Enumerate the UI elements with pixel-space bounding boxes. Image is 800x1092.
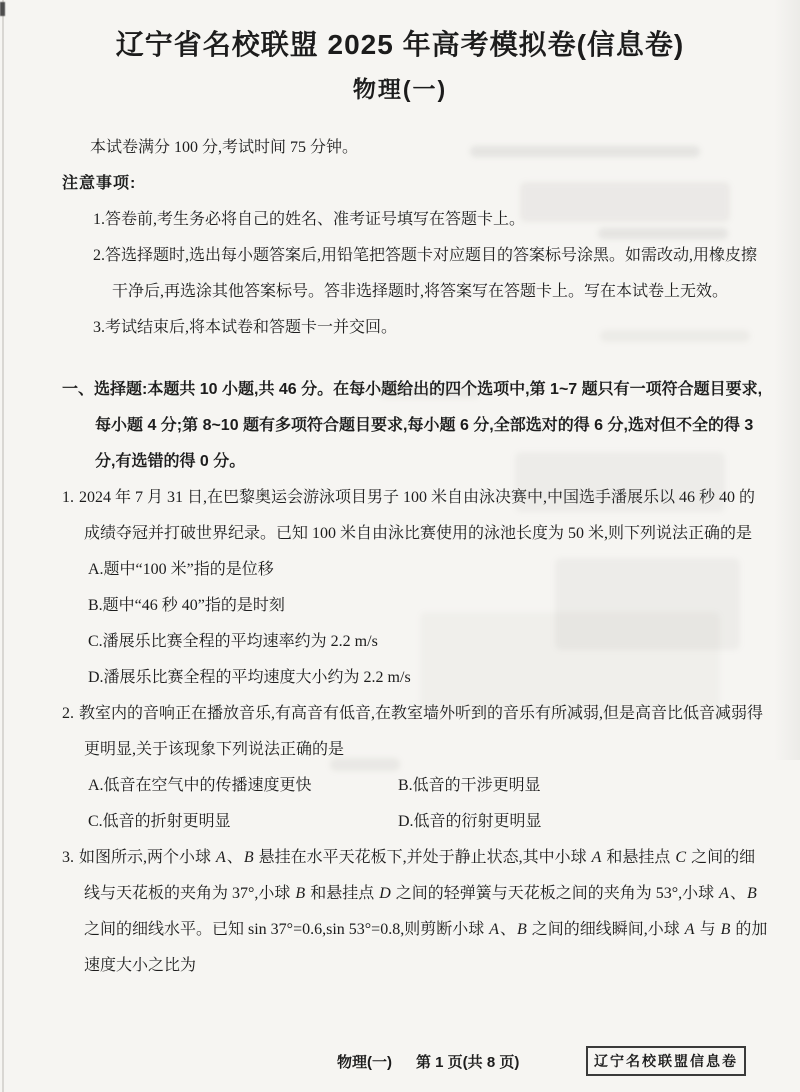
- notice-heading: 注意事项:: [0, 166, 800, 202]
- exam-paper-page: 辽宁省名校联盟 2025 年高考模拟卷(信息卷) 物理(一) 本试卷满分 100…: [0, 0, 800, 1092]
- footer-subject: 物理(一): [337, 1051, 392, 1075]
- question-3: 3.如图所示,两个小球 A、B 悬挂在水平天花板下,并处于静止状态,其中小球 A…: [0, 840, 800, 984]
- footer-league-badge: 辽宁名校联盟信息卷: [586, 1046, 746, 1076]
- question-2: 2.教室内的音响正在播放音乐,有高音有低音,在教室墙外听到的音乐有所减弱,但是高…: [0, 696, 800, 840]
- section-one-heading: 一、选择题:本题共 10 小题,共 46 分。在每小题给出的四个选项中,第 1~…: [0, 372, 800, 480]
- question-2-option-d: D.低音的衍射更明显: [398, 804, 542, 840]
- paper-title: 辽宁省名校联盟 2025 年高考模拟卷(信息卷): [0, 0, 800, 62]
- question-1: 1.2024 年 7 月 31 日,在巴黎奥运会游泳项目男子 100 米自由泳决…: [0, 480, 800, 696]
- question-2-option-b: B.低音的干涉更明显: [398, 768, 542, 804]
- question-1-stem: 1.2024 年 7 月 31 日,在巴黎奥运会游泳项目男子 100 米自由泳决…: [0, 480, 800, 552]
- question-3-stem: 3.如图所示,两个小球 A、B 悬挂在水平天花板下,并处于静止状态,其中小球 A…: [0, 840, 800, 984]
- question-1-number: 1.: [62, 489, 79, 506]
- question-2-option-c: C.低音的折射更明显: [88, 804, 398, 840]
- page-footer: 物理(一) 第 1 页(共 8 页): [337, 1051, 519, 1075]
- question-2-option-a: A.低音在空气中的传播速度更快: [88, 768, 398, 804]
- question-1-stem-text: 2024 年 7 月 31 日,在巴黎奥运会游泳项目男子 100 米自由泳决赛中…: [79, 489, 755, 542]
- question-1-option-c: C.潘展乐比赛全程的平均速率约为 2.2 m/s: [0, 624, 800, 660]
- question-1-option-d: D.潘展乐比赛全程的平均速度大小约为 2.2 m/s: [0, 660, 800, 696]
- notice-section: 注意事项: 1.答卷前,考生务必将自己的姓名、准考证号填写在答题卡上。 2.答选…: [0, 166, 800, 346]
- notice-item-2: 2.答选择题时,选出每小题答案后,用铅笔把答题卡对应题目的答案标号涂黑。如需改动…: [0, 238, 800, 310]
- exam-info-line: 本试卷满分 100 分,考试时间 75 分钟。: [0, 130, 800, 166]
- footer-page-number: 第 1 页(共 8 页): [416, 1051, 519, 1075]
- paper-subject-title: 物理(一): [0, 75, 800, 104]
- question-1-option-a: A.题中“100 米”指的是位移: [0, 552, 800, 588]
- question-2-number: 2.: [62, 705, 79, 722]
- question-2-options: A.低音在空气中的传播速度更快 B.低音的干涉更明显 C.低音的折射更明显 D.…: [0, 768, 800, 840]
- multiple-choice-section: 一、选择题:本题共 10 小题,共 46 分。在每小题给出的四个选项中,第 1~…: [0, 372, 800, 984]
- notice-item-3: 3.考试结束后,将本试卷和答题卡一并交回。: [0, 310, 800, 346]
- question-3-number: 3.: [62, 849, 79, 866]
- question-3-stem-text: 如图所示,两个小球 A、B 悬挂在水平天花板下,并处于静止状态,其中小球 A 和…: [79, 849, 767, 974]
- question-1-option-b: B.题中“46 秒 40”指的是时刻: [0, 588, 800, 624]
- question-2-stem: 2.教室内的音响正在播放音乐,有高音有低音,在教室墙外听到的音乐有所减弱,但是高…: [0, 696, 800, 768]
- question-2-stem-text: 教室内的音响正在播放音乐,有高音有低音,在教室墙外听到的音乐有所减弱,但是高音比…: [79, 705, 763, 758]
- notice-item-1: 1.答卷前,考生务必将自己的姓名、准考证号填写在答题卡上。: [0, 202, 800, 238]
